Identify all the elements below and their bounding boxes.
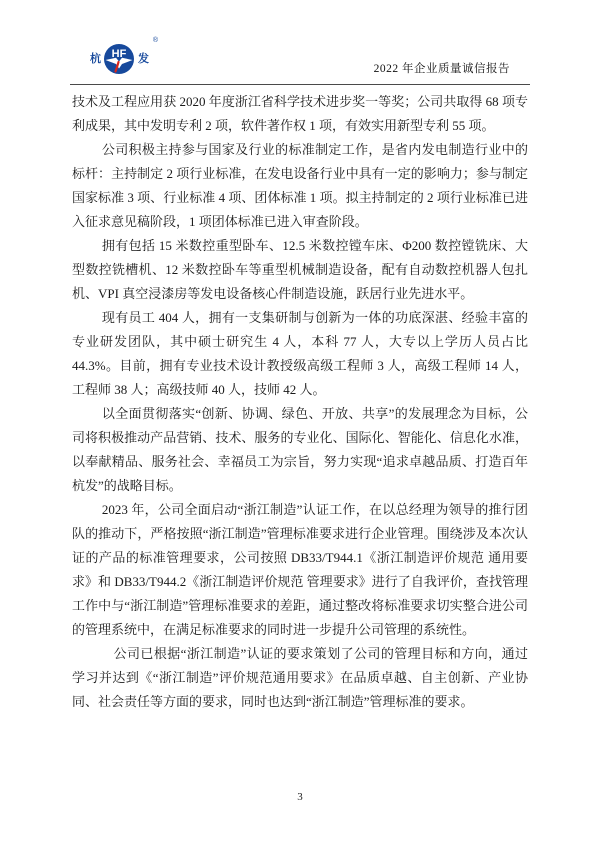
paragraph-5: 以全面贯彻落实“创新、协调、绿色、开放、共享”的发展理念为目标，公司将积极推动产… <box>72 402 528 498</box>
svg-text:HF: HF <box>112 48 127 60</box>
logo-hang-char: 杭 <box>90 54 100 65</box>
company-logo: 杭 HF 发 ® <box>90 42 148 76</box>
paragraph-2: 公司积极主持参与国家及行业的标准制定工作，是省内发电制造行业中的标杆：主持制定 … <box>72 138 528 234</box>
body-text: 技术及工程应用获 2020 年度浙江省科学技术进步奖一等奖；公司共取得 68 项… <box>72 90 528 714</box>
document-page: 杭 HF 发 ® 2022 年企业质量诚信报告 技术及工程应用获 2020 年度… <box>0 0 600 856</box>
paragraph-6: 2023 年，公司全面启动“浙江制造”认证工作，在以总经理为领导的推行团队的推动… <box>72 498 528 642</box>
hf-emblem-icon: HF <box>103 43 135 75</box>
report-header-title: 2022 年企业质量诚信报告 <box>374 60 510 76</box>
registered-trademark: ® <box>153 37 158 44</box>
header-rule <box>70 84 530 85</box>
paragraph-3: 拥有包括 15 米数控重型卧车、12.5 米数控镗车床、Φ200 数控镗铣床、大… <box>72 234 528 306</box>
page-number: 3 <box>0 791 600 803</box>
paragraph-4: 现有员工 404 人，拥有一支集研制与创新为一体的功底深湛、经验丰富的专业研发团… <box>72 306 528 402</box>
logo-fa-char: 发 <box>138 54 148 65</box>
paragraph-7: 公司已根据“浙江制造”认证的要求策划了公司的管理目标和方向，通过学习并达到《“浙… <box>72 642 528 714</box>
paragraph-1: 技术及工程应用获 2020 年度浙江省科学技术进步奖一等奖；公司共取得 68 项… <box>72 90 528 138</box>
